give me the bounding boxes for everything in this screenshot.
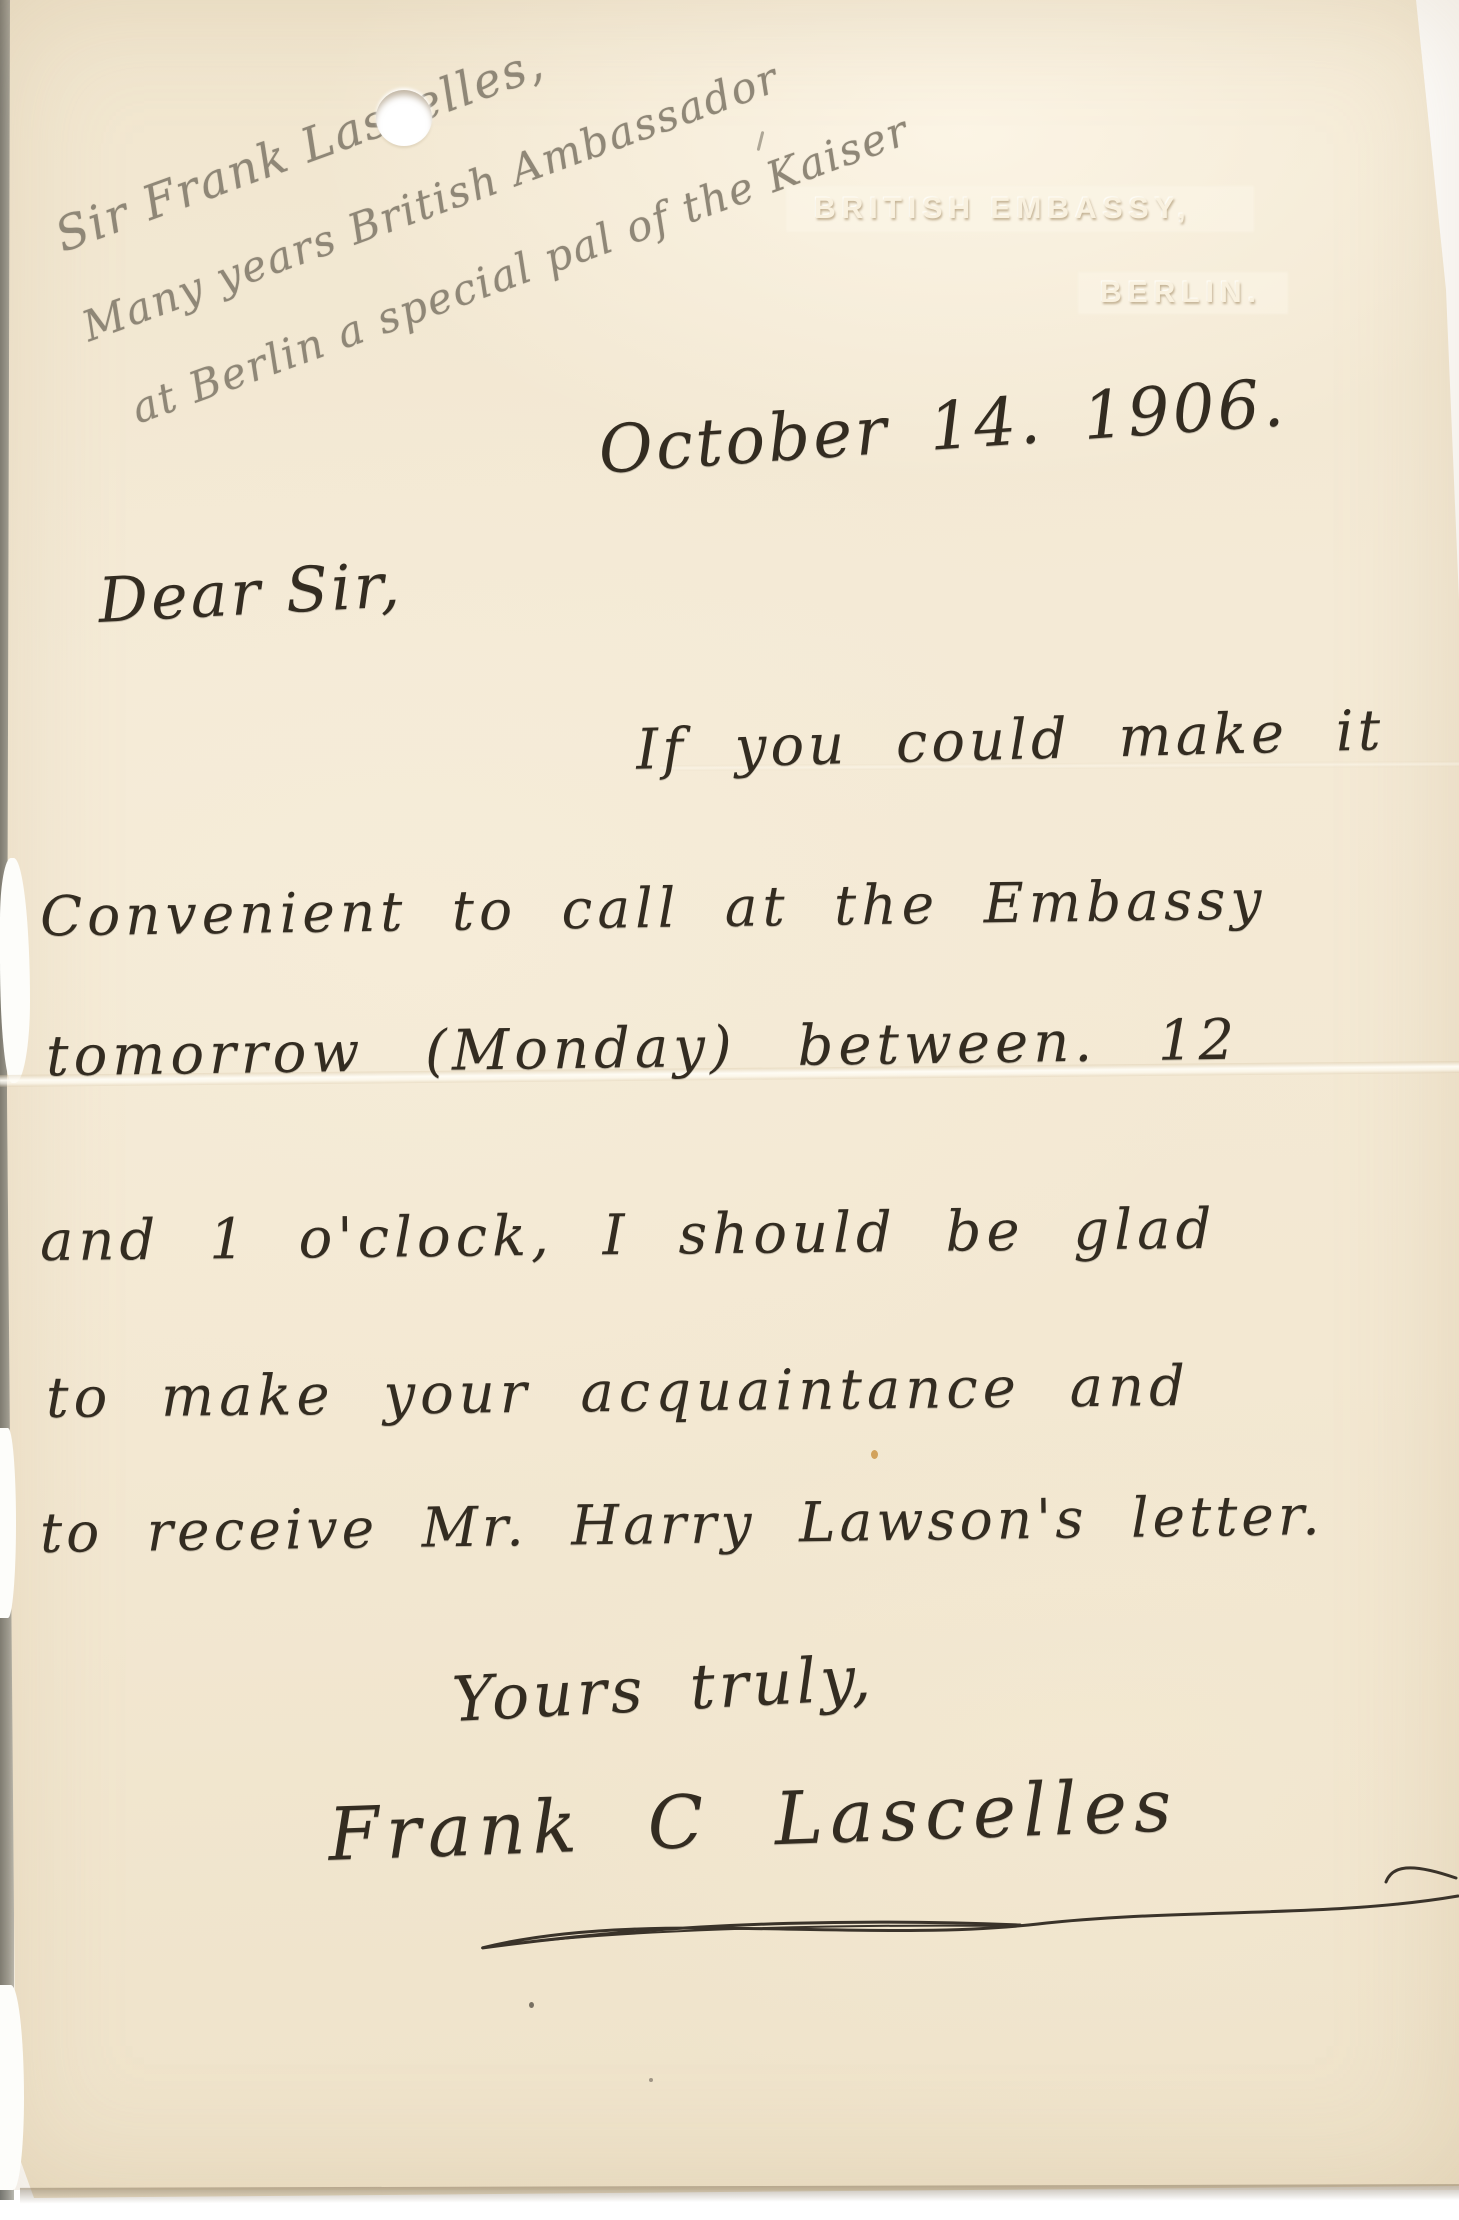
punch-hole — [376, 90, 432, 146]
torn-left-edge-patch — [0, 1428, 16, 1618]
letterhead-embassy-line: BRITISH EMBASSY, — [814, 192, 1192, 226]
letter-body-line: and 1 o'clock, I should be glad — [40, 1197, 1217, 1274]
scanned-letter-page: BRITISH EMBASSY, BERLIN. Sir Frank Lasce… — [0, 0, 1459, 2220]
letter-body-line: to make your acquaintance and — [46, 1354, 1191, 1431]
paper-stain-speck — [649, 2078, 653, 2082]
letterhead-berlin-line: BERLIN. — [1100, 276, 1262, 310]
paper-stain-speck — [871, 1450, 878, 1459]
paper-bottom-shadow — [20, 2184, 1459, 2204]
paper-stain-speck — [529, 2002, 534, 2008]
